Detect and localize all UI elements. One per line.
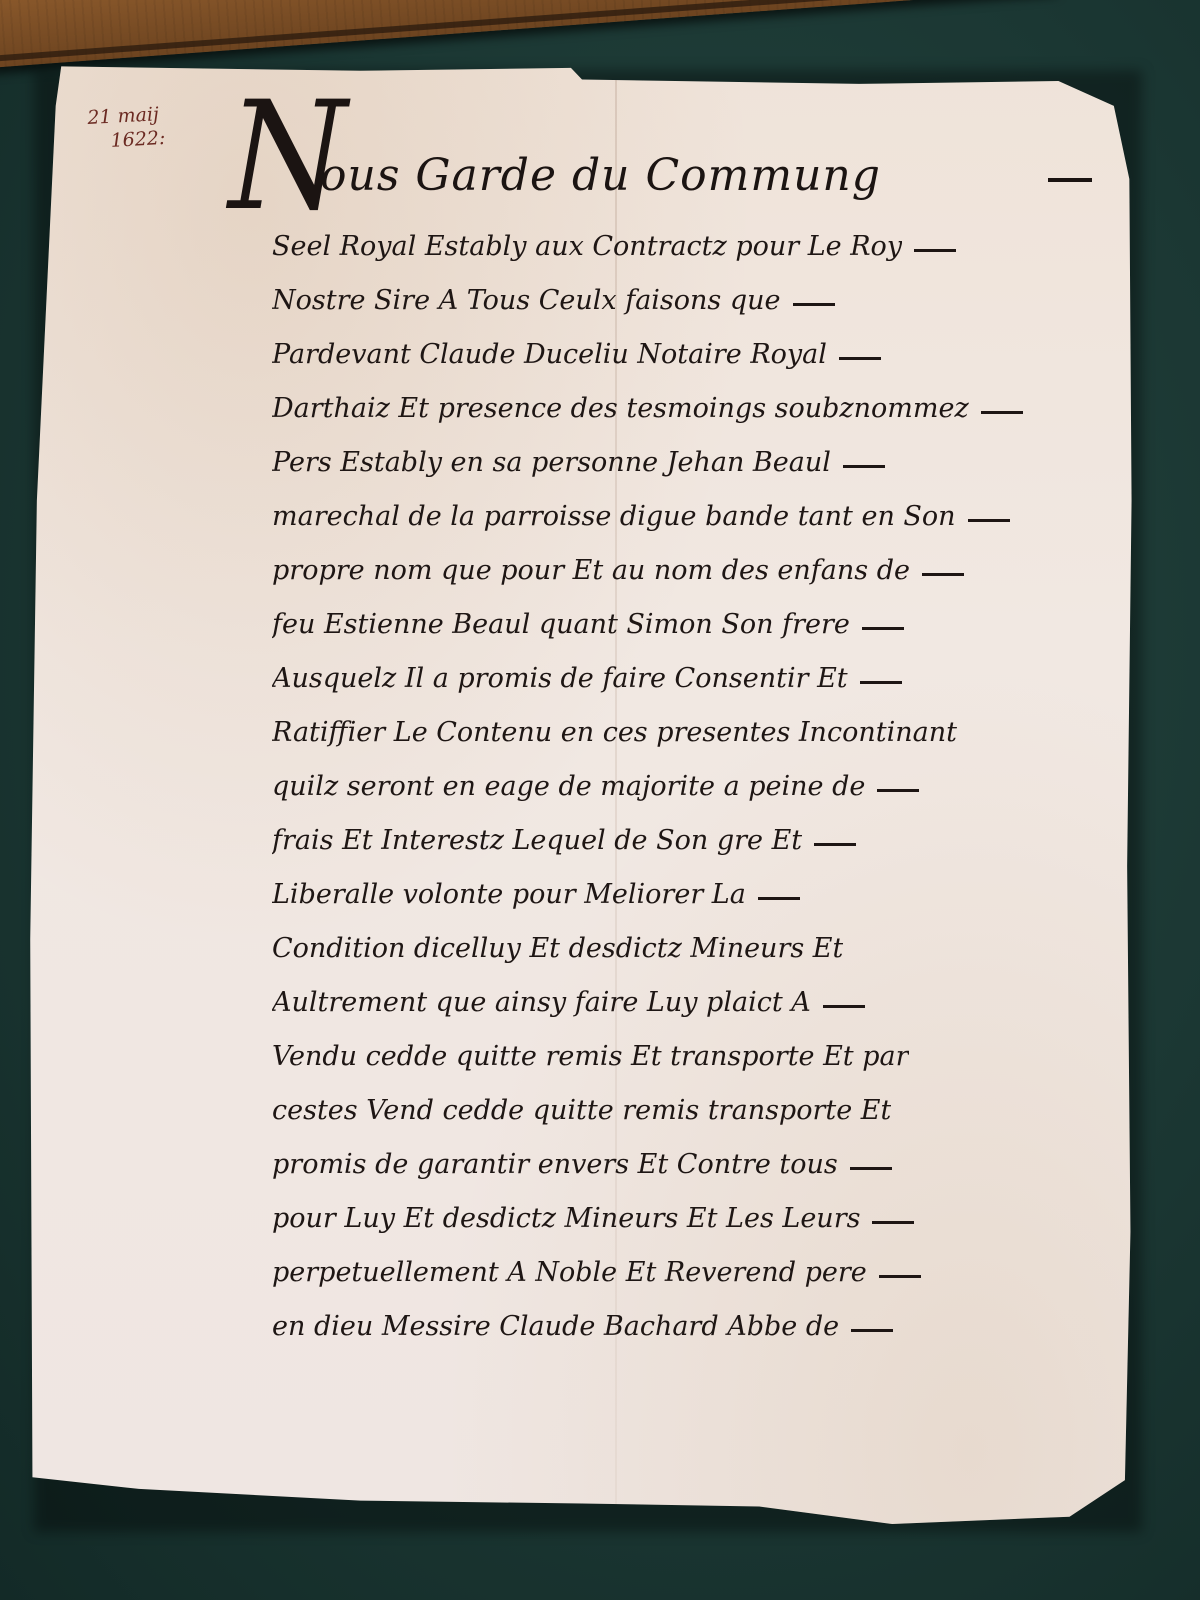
manuscript-body: Seel Royal Estably aux Contractz pour Le… <box>272 220 1112 1354</box>
manuscript-line: Liberalle volonte pour Meliorer La <box>272 868 1112 922</box>
manuscript-line: Pardevant Claude Duceliu Notaire Royal <box>272 328 1112 382</box>
manuscript-line: Pers Estably en sa personne Jehan Beaul <box>272 436 1112 490</box>
line-filler-dash <box>823 1005 865 1008</box>
manuscript-line: feu Estienne Beaul quant Simon Son frere <box>272 598 1112 652</box>
manuscript-line-text: Darthaiz Et presence des tesmoings soubz… <box>272 382 969 436</box>
manuscript-line-text: Condition dicelluy Et desdictz Mineurs E… <box>272 922 843 976</box>
manuscript-line-text: Ausquelz Il a promis de faire Consentir … <box>272 652 848 706</box>
manuscript-line: quilz seront en eage de majorite a peine… <box>272 760 1112 814</box>
manuscript-line-text: en dieu Messire Claude Bachard Abbe de <box>272 1300 839 1354</box>
manuscript-line: Nostre Sire A Tous Ceulx faisons que <box>272 274 1112 328</box>
marginal-date-year: 1622: <box>88 126 166 154</box>
manuscript-line-text: Aultrement que ainsy faire Luy plaict A <box>272 976 811 1030</box>
manuscript-line-text: promis de garantir envers Et Contre tous <box>272 1138 838 1192</box>
manuscript-line-text: pour Luy Et desdictz Mineurs Et Les Leur… <box>272 1192 860 1246</box>
manuscript-line-text: Nostre Sire A Tous Ceulx faisons que <box>272 274 781 328</box>
line-filler-dash <box>843 465 885 468</box>
line-filler-dash <box>793 303 835 306</box>
manuscript-line-text: Pardevant Claude Duceliu Notaire Royal <box>272 328 827 382</box>
manuscript-line-text: quilz seront en eage de majorite a peine… <box>272 760 865 814</box>
line-filler-dash <box>914 249 956 252</box>
line-filler-dash <box>860 681 902 684</box>
manuscript-line: Ratiffier Le Contenu en ces presentes In… <box>272 706 1112 760</box>
manuscript-line: Ausquelz Il a promis de faire Consentir … <box>272 652 1112 706</box>
document-heading: ous Garde du Commung <box>320 150 881 201</box>
manuscript-line: Vendu cedde quitte remis Et transporte E… <box>272 1030 1112 1084</box>
line-filler-dash <box>877 789 919 792</box>
manuscript-line-text: Vendu cedde quitte remis Et transporte E… <box>272 1030 909 1084</box>
manuscript-line-text: perpetuellement A Noble Et Reverend pere <box>272 1246 867 1300</box>
manuscript-line-text: propre nom que pour Et au nom des enfans… <box>272 544 910 598</box>
line-filler-dash <box>850 1167 892 1170</box>
line-filler-dash <box>851 1329 893 1332</box>
line-filler-dash <box>872 1221 914 1224</box>
manuscript-line: en dieu Messire Claude Bachard Abbe de <box>272 1300 1112 1354</box>
line-filler-dash <box>981 411 1023 414</box>
manuscript-line: Darthaiz Et presence des tesmoings soubz… <box>272 382 1112 436</box>
line-filler-dash <box>814 843 856 846</box>
line-filler-dash <box>758 897 800 900</box>
line-filler-dash <box>968 519 1010 522</box>
line-filler-dash <box>879 1275 921 1278</box>
manuscript-line-text: cestes Vend cedde quitte remis transport… <box>272 1084 891 1138</box>
line-filler-dash <box>839 357 881 360</box>
manuscript-line-text: marechal de la parroisse digue bande tan… <box>272 490 956 544</box>
manuscript-line: frais Et Interestz Lequel de Son gre Et <box>272 814 1112 868</box>
manuscript-line-text: feu Estienne Beaul quant Simon Son frere <box>272 598 850 652</box>
line-filler-dash <box>1048 178 1092 182</box>
manuscript-line: marechal de la parroisse digue bande tan… <box>272 490 1112 544</box>
manuscript-line-text: Ratiffier Le Contenu en ces presentes In… <box>272 706 957 760</box>
manuscript-line-text: Liberalle volonte pour Meliorer La <box>272 868 746 922</box>
manuscript-line: Condition dicelluy Et desdictz Mineurs E… <box>272 922 1112 976</box>
manuscript-line-text: frais Et Interestz Lequel de Son gre Et <box>272 814 802 868</box>
manuscript-line: Aultrement que ainsy faire Luy plaict A <box>272 976 1112 1030</box>
line-filler-dash <box>922 573 964 576</box>
manuscript-line-text: Seel Royal Estably aux Contractz pour Le… <box>272 220 902 274</box>
manuscript-line: cestes Vend cedde quitte remis transport… <box>272 1084 1112 1138</box>
manuscript-line-text: Pers Estably en sa personne Jehan Beaul <box>272 436 831 490</box>
manuscript-line: perpetuellement A Noble Et Reverend pere <box>272 1246 1112 1300</box>
marginal-date-note: 21 maij 1622: <box>87 102 166 154</box>
line-filler-dash <box>862 627 904 630</box>
manuscript-line: propre nom que pour Et au nom des enfans… <box>272 544 1112 598</box>
manuscript-line: Seel Royal Estably aux Contractz pour Le… <box>272 220 1112 274</box>
manuscript-line: promis de garantir envers Et Contre tous <box>272 1138 1112 1192</box>
manuscript-line: pour Luy Et desdictz Mineurs Et Les Leur… <box>272 1192 1112 1246</box>
